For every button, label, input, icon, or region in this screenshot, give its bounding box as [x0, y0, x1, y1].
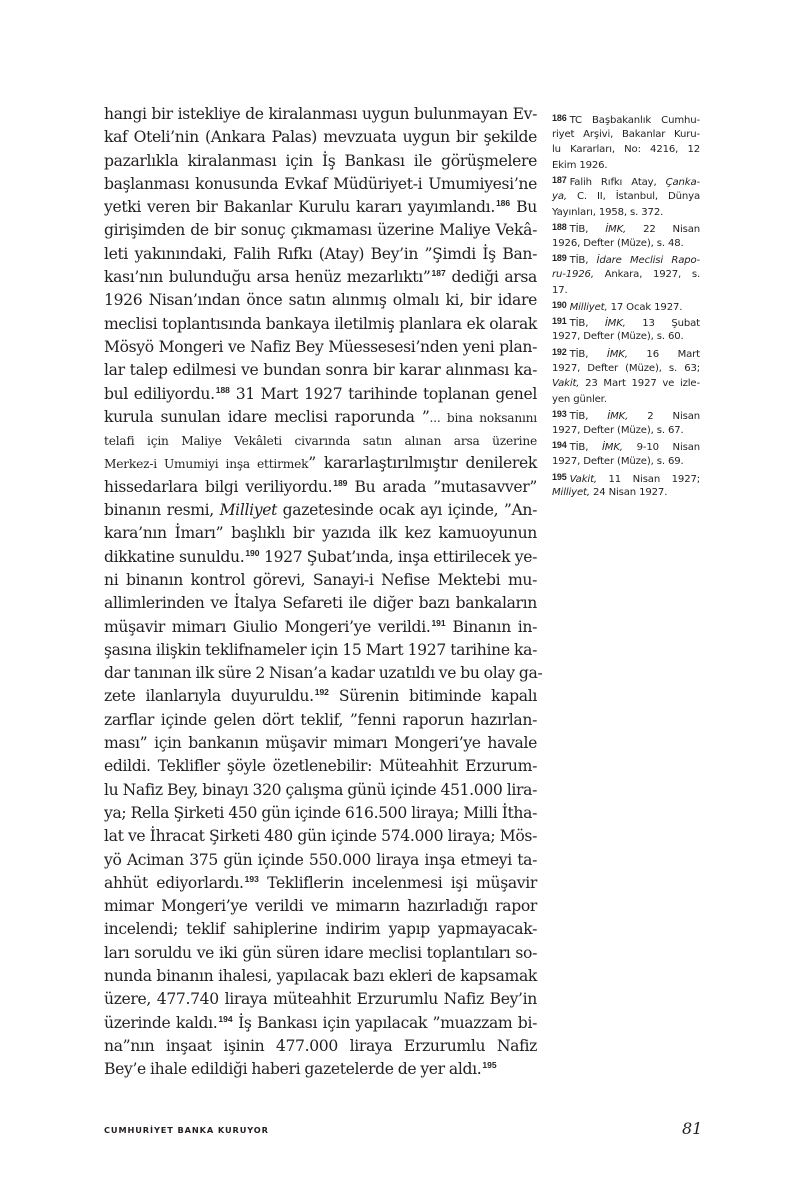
text-line: ahhüt ediyorlardı.193 Tekliflerin incele…: [104, 872, 537, 895]
footnote-text: yen günler.: [552, 394, 607, 405]
footnote-line: 1927, Defter (Müze), s. 69.: [552, 454, 700, 470]
footnote-line: lu Kararları, No: 4216, 12: [552, 142, 700, 158]
footnote-number: 188: [552, 222, 567, 232]
footnote-text: 2 Nisan: [628, 411, 700, 422]
footnote-reference: 192: [315, 687, 329, 697]
text-line: dar tanınan ilk süre 2 Nisan’a kadar uza…: [104, 662, 537, 685]
footnote-text: 1927, Defter (Müze), s. 67.: [552, 425, 684, 436]
footnote-line: 1927, Defter (Müze), s. 63;: [552, 361, 700, 377]
text-line: pazarlıkla kiralanması için İş Bankası i…: [104, 150, 537, 173]
text-run: hissedarlara bilgi veriliyordu.: [104, 478, 332, 496]
footnote-line: 186TC Başbakanlık Cumhu-: [552, 111, 700, 127]
text-line: müşavir mimarı Giulio Mongeri’ye verildi…: [104, 616, 537, 639]
text-line: ları soruldu ve iki gün süren idare mecl…: [104, 942, 537, 965]
text-line: şasına ilişkin teklifnameler için 15 Mar…: [104, 639, 537, 662]
footnote-text: 16 Mart: [628, 349, 700, 360]
footnote-italic: İdare Meclisi Rapo-: [597, 255, 700, 266]
text-run: başlanması konusunda Evkaf Müdüriyet-i U…: [104, 175, 537, 193]
footnote-number: 195: [552, 472, 567, 482]
footnote-line: 187Falih Rıfkı Atay, Çanka-: [552, 173, 700, 189]
text-run: bul ediliyordu.: [104, 385, 215, 403]
text-line: ni binanın kontrol görevi, Sanayi-i Nefi…: [104, 569, 537, 592]
footnote-number: 190: [552, 300, 567, 310]
text-run: incelendi; teklif sahiplerine indirim ya…: [104, 920, 537, 938]
footnote-text: 22 Nisan: [626, 224, 700, 235]
text-line: Merkez-i Umumiyi inşa ettirmek” kararlaş…: [104, 452, 537, 475]
footnote-text: 1927, Defter (Müze), s. 63;: [552, 363, 700, 374]
footnote-text: TİB,: [570, 255, 597, 266]
text-line: bul ediliyordu.188 31 Mart 1927 tarihind…: [104, 383, 537, 406]
text-line: meclisi toplantısında bankaya iletilmiş …: [104, 313, 537, 336]
text-line: hissedarlara bilgi veriliyordu.189 Bu ar…: [104, 476, 537, 499]
footnote-reference: 189: [333, 478, 347, 488]
footnote-line: 192TİB, İMK, 16 Mart: [552, 345, 700, 361]
text-run: edildi. Teklifler şöyle özetlenebilir: M…: [104, 757, 537, 775]
text-run: ” kararlaştırılmıştır denilerek: [308, 454, 537, 472]
text-run: meclisi toplantısında bankaya iletilmiş …: [104, 315, 537, 333]
text-run: üzere, 477.740 liraya müteahhit Erzuruml…: [104, 990, 537, 1008]
footnote-reference: 188: [216, 385, 230, 395]
footnote-text: 13 Şubat: [626, 318, 700, 329]
footnote-text: Ekim 1926.: [552, 160, 607, 171]
text-run: ahhüt ediyorlardı.: [104, 874, 244, 892]
footnote-line: 195Vakit, 11 Nisan 1927;: [552, 470, 700, 486]
footnote-text: TİB,: [570, 224, 606, 235]
text-run: pazarlıkla kiralanması için İş Bankası i…: [104, 152, 537, 170]
footnote-text: Yayınları, 1958, s. 372.: [552, 207, 663, 218]
footnote-text: 1927, Defter (Müze), s. 60.: [552, 331, 684, 342]
text-line: yetki veren bir Bakanlar Kurulu kararı y…: [104, 196, 537, 219]
italic-title: Milliyet: [220, 501, 277, 519]
text-run: ması” için bankanın müşavir mimarı Monge…: [104, 734, 537, 752]
text-run: Bu: [510, 198, 537, 216]
running-footer-title: CUMHURİYET BANKA KURUYOR: [104, 1125, 269, 1135]
text-run: ları soruldu ve iki gün süren idare mecl…: [104, 944, 537, 962]
text-run: 31 Mart 1927 tarihinde toplanan genel: [230, 385, 537, 403]
footnote-text: 11 Nisan 1927;: [597, 474, 700, 485]
text-run: binanın resmi,: [104, 501, 220, 519]
text-run: kara’nın İmarı” başlıklı bir yazıda ilk …: [104, 524, 537, 542]
footnote-italic: Milliyet,: [552, 487, 590, 498]
footnote-text: Falih Rıfkı Atay,: [570, 177, 666, 188]
text-line: zete ilanlarıyla duyuruldu.192 Sürenin b…: [104, 685, 537, 708]
text-run: Bu arada ”mutasavver”: [347, 478, 537, 496]
text-line: incelendi; teklif sahiplerine indirim ya…: [104, 918, 537, 941]
text-run: Mösyö Mongeri ve Nafiz Bey Müessesesi’nd…: [104, 338, 537, 356]
footnote-italic: İMK,: [605, 318, 626, 329]
footnote-text: TİB,: [570, 318, 605, 329]
page-number: 81: [682, 1119, 702, 1138]
text-run: yö Aciman 375 gün içinde 550.000 liraya …: [104, 851, 537, 869]
text-line: zarflar içinde gelen dört teklif, ”fenni…: [104, 709, 537, 732]
text-line: girişimden de bir sonuç çıkmaması üzerin…: [104, 219, 537, 242]
footnote-line: 1926, Defter (Müze), s. 48.: [552, 236, 700, 252]
footnote-line: 190Milliyet, 17 Ocak 1927.: [552, 298, 700, 314]
text-line: kası’nın bulunduğu arsa henüz mezarlıktı…: [104, 266, 537, 289]
footnote-italic: ya,: [552, 191, 567, 202]
footnote-line: 194TİB, İMK, 9-10 Nisan: [552, 438, 700, 454]
text-line: mimar Mongeri’ye verildi ve mimarın hazı…: [104, 895, 537, 918]
footnote-line: Yayınları, 1958, s. 372.: [552, 205, 700, 221]
text-line: edildi. Teklifler şöyle özetlenebilir: M…: [104, 755, 537, 778]
text-run: 1926 Nisan’ından önce satın alınmış olma…: [104, 291, 537, 309]
footnote-line: riyet Arşivi, Bakanlar Kuru-: [552, 127, 700, 143]
footnote-text: 23 Mart 1927 ve izle-: [579, 378, 700, 389]
footnote-italic: İMK,: [602, 442, 623, 453]
text-run: 1927 Şubat’ında, inşa ettirilecek ye-: [260, 548, 537, 566]
text-line: allimlerinden ve İtalya Sefareti ile diğ…: [104, 592, 537, 615]
footnote-reference: 194: [218, 1014, 232, 1024]
text-run: lat ve İhracat Şirketi 480 gün içinde 57…: [104, 827, 537, 845]
text-line: kaf Oteli’nin (Ankara Palas) mevzuata uy…: [104, 126, 537, 149]
text-run: allimlerinden ve İtalya Sefareti ile diğ…: [104, 594, 537, 612]
text-run: zarflar içinde gelen dört teklif, ”fenni…: [104, 711, 537, 729]
footnote-text: TİB,: [570, 411, 608, 422]
footnote-number: 187: [552, 175, 567, 185]
footnote-text: TİB,: [570, 349, 607, 360]
footnote-line: 189TİB, İdare Meclisi Rapo-: [552, 251, 700, 267]
footnote-reference: 187: [431, 268, 445, 278]
text-run: nunda binanın ihalesi, yapılacak bazı ek…: [104, 967, 537, 985]
text-line: Bey’e ihale edildiği haberi gazetelerde …: [104, 1058, 537, 1081]
text-run: Binanın in-: [446, 618, 537, 636]
quoted-excerpt: Merkez-i Umumiyi inşa ettirmek: [104, 457, 308, 471]
footnote-line: 1927, Defter (Müze), s. 67.: [552, 423, 700, 439]
quoted-excerpt: ... bina noksanını: [429, 411, 537, 425]
text-line: lu Nafiz Bey, binayı 320 çalışma günü iç…: [104, 779, 537, 802]
footnote-text: 1927, Defter (Müze), s. 69.: [552, 456, 684, 467]
footnote-number: 194: [552, 440, 567, 450]
footnote-reference: 193: [245, 874, 259, 884]
footnote-italic: Milliyet,: [570, 302, 608, 313]
text-run: şasına ilişkin teklifnameler için 15 Mar…: [104, 641, 537, 659]
footnote-number: 193: [552, 409, 567, 419]
footnote-number: 191: [552, 316, 567, 326]
text-line: binanın resmi, Milliyet gazetesinde ocak…: [104, 499, 537, 522]
footnote-text: Ankara, 1927, s.: [594, 269, 700, 280]
footnote-number: 186: [552, 113, 567, 123]
text-run: İş Bankası için yapılacak ”muazzam bi-: [233, 1014, 537, 1032]
footnote-text: TİB,: [570, 442, 602, 453]
text-line: nunda binanın ihalesi, yapılacak bazı ek…: [104, 965, 537, 988]
text-line: lar talep edilmesi ve bundan sonra bir k…: [104, 359, 537, 382]
footnote-line: Vakit, 23 Mart 1927 ve izle-: [552, 376, 700, 392]
text-line: yö Aciman 375 gün içinde 550.000 liraya …: [104, 849, 537, 872]
text-run: dediği arsa: [446, 268, 537, 286]
text-run: kurula sunulan idare meclisi raporunda ”: [104, 408, 429, 426]
footnote-italic: Vakit,: [552, 378, 579, 389]
footnote-text: 24 Nisan 1927.: [590, 487, 667, 498]
footnote-italic: İMK,: [605, 224, 626, 235]
text-run: leti yakınındaki, Falih Rıfkı (Atay) Bey…: [104, 245, 537, 263]
footnote-line: 188TİB, İMK, 22 Nisan: [552, 220, 700, 236]
footnote-text: C. II, İstanbul, Dünya: [567, 191, 700, 202]
text-run: lar talep edilmesi ve bundan sonra bir k…: [104, 361, 537, 379]
footnote-line: Milliyet, 24 Nisan 1927.: [552, 485, 700, 501]
footnote-text: 17.: [552, 285, 568, 296]
text-run: Tekliflerin incelenmesi işi müşavir: [259, 874, 537, 892]
text-run: müşavir mimarı Giulio Mongeri’ye verildi…: [104, 618, 430, 636]
text-run: dikkatine sunuldu.: [104, 548, 244, 566]
footnote-text: 9-10 Nisan: [623, 442, 700, 453]
text-run: kası’nın bulunduğu arsa henüz mezarlıktı…: [104, 268, 430, 286]
text-line: telafi için Maliye Vekâleti civarında sa…: [104, 429, 537, 452]
text-line: üzerinde kaldı.194 İş Bankası için yapıl…: [104, 1012, 537, 1035]
footnote-line: ya, C. II, İstanbul, Dünya: [552, 189, 700, 205]
text-line: dikkatine sunuldu.190 1927 Şubat’ında, i…: [104, 546, 537, 569]
footnote-text: riyet Arşivi, Bakanlar Kuru-: [552, 129, 700, 140]
footnote-text: 1926, Defter (Müze), s. 48.: [552, 238, 684, 249]
text-run: girişimden de bir sonuç çıkmaması üzerin…: [104, 221, 537, 239]
text-line: na”nın inşaat işinin 477.000 liraya Erzu…: [104, 1035, 537, 1058]
footnote-line: ru-1926, Ankara, 1927, s.: [552, 267, 700, 283]
text-run: gazetesinde ocak ayı içinde, ”An-: [277, 501, 537, 519]
text-run: Sürenin bitiminde kapalı: [329, 687, 537, 705]
text-run: Bey’e ihale edildiği haberi gazetelerde …: [104, 1060, 481, 1078]
text-run: üzerinde kaldı.: [104, 1014, 217, 1032]
footnote-number: 189: [552, 253, 567, 263]
text-line: başlanması konusunda Evkaf Müdüriyet-i U…: [104, 173, 537, 196]
footnote-text: 17 Ocak 1927.: [608, 302, 683, 313]
text-run: na”nın inşaat işinin 477.000 liraya Erzu…: [104, 1037, 537, 1055]
footnote-line: yen günler.: [552, 392, 700, 408]
text-line: kara’nın İmarı” başlıklı bir yazıda ilk …: [104, 522, 537, 545]
text-run: zete ilanlarıyla duyuruldu.: [104, 687, 314, 705]
text-line: ması” için bankanın müşavir mimarı Monge…: [104, 732, 537, 755]
text-line: kurula sunulan idare meclisi raporunda ”…: [104, 406, 537, 429]
footnote-italic: Vakit,: [570, 474, 597, 485]
footnote-reference: 191: [431, 618, 445, 628]
text-line: üzere, 477.740 liraya müteahhit Erzuruml…: [104, 988, 537, 1011]
footnote-reference: 195: [482, 1060, 496, 1070]
text-line: hangi bir istekliye de kiralanması uygun…: [104, 103, 537, 126]
text-line: leti yakınındaki, Falih Rıfkı (Atay) Bey…: [104, 243, 537, 266]
text-run: hangi bir istekliye de kiralanması uygun…: [104, 105, 537, 123]
quoted-excerpt: telafi için Maliye Vekâleti civarında sa…: [104, 434, 537, 448]
text-run: dar tanınan ilk süre 2 Nisan’a kadar uza…: [104, 664, 542, 682]
text-run: ni binanın kontrol görevi, Sanayi-i Nefi…: [104, 571, 537, 589]
footnote-line: Ekim 1926.: [552, 158, 700, 174]
footnote-line: 191TİB, İMK, 13 Şubat: [552, 314, 700, 330]
footnote-text: TC Başbakanlık Cumhu-: [570, 115, 700, 126]
footnote-line: 1927, Defter (Müze), s. 60.: [552, 329, 700, 345]
text-run: yetki veren bir Bakanlar Kurulu kararı y…: [104, 198, 495, 216]
footnote-reference: 186: [496, 198, 510, 208]
footnote-number: 192: [552, 347, 567, 357]
footnote-italic: İMK,: [607, 411, 628, 422]
footnote-line: 17.: [552, 283, 700, 299]
footnote-italic: ru-1926,: [552, 269, 594, 280]
footnotes-column: 186TC Başbakanlık Cumhu-riyet Arşivi, Ba…: [552, 111, 700, 501]
text-line: lat ve İhracat Şirketi 480 gün içinde 57…: [104, 825, 537, 848]
text-run: ya; Rella Şirketi 450 gün içinde 616.500…: [104, 804, 537, 822]
text-line: ya; Rella Şirketi 450 gün içinde 616.500…: [104, 802, 537, 825]
text-line: Mösyö Mongeri ve Nafiz Bey Müessesesi’nd…: [104, 336, 537, 359]
footnote-text: lu Kararları, No: 4216, 12: [552, 144, 700, 155]
footnote-reference: 190: [245, 548, 259, 558]
main-body-text: hangi bir istekliye de kiralanması uygun…: [104, 103, 537, 1081]
footnote-italic: İMK,: [607, 349, 628, 360]
text-run: mimar Mongeri’ye verildi ve mimarın hazı…: [104, 897, 537, 915]
footnote-line: 193TİB, İMK, 2 Nisan: [552, 407, 700, 423]
footnote-italic: Çanka-: [666, 177, 700, 188]
text-line: 1926 Nisan’ından önce satın alınmış olma…: [104, 289, 537, 312]
text-run: kaf Oteli’nin (Ankara Palas) mevzuata uy…: [104, 128, 537, 146]
text-run: lu Nafiz Bey, binayı 320 çalışma günü iç…: [104, 781, 537, 799]
